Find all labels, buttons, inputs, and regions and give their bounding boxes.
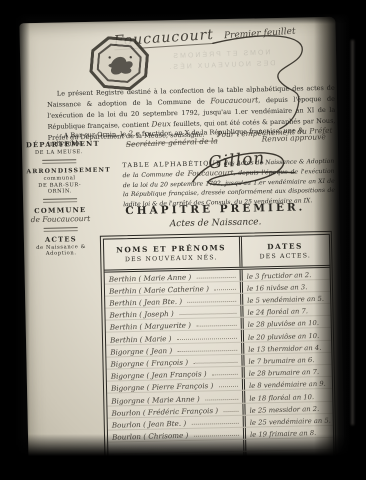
book-edge-streak xyxy=(351,40,354,425)
folio-count-handwritten: Deux xyxy=(151,119,171,128)
entry-date: le 7 brumaire an 6. xyxy=(244,356,314,366)
dotted-leader xyxy=(197,277,236,279)
actes-heading: ACTES de Naissance & Adoption. xyxy=(28,235,94,257)
dotted-leader xyxy=(192,423,239,425)
paper-sheet: Foucaucourt Premier feuillet NOMS ET PRÉ… xyxy=(19,17,344,470)
dateline-text: A Bar-sur-Ornin, le xyxy=(64,130,127,139)
commune-handwritten: Foucaucourt xyxy=(210,95,258,105)
dotted-leader xyxy=(214,289,235,290)
entry-name: Berthin ( Jean Bte. ) xyxy=(105,297,182,308)
entry-date: le 25 messidor an 2. xyxy=(245,405,319,415)
stamp-emblem-icon xyxy=(100,47,138,80)
entry-name: Bigorgne ( Marie Anne ) xyxy=(107,394,200,405)
notice-lead: TABLE ALPHABÉTIQUE xyxy=(122,160,222,169)
scanned-register-page: Foucaucourt Premier feuillet NOMS ET PRÉ… xyxy=(0,0,366,480)
register-table: NOMS ET PRÉNOMS DES NOUVEAUX NÉS. DATES … xyxy=(100,231,337,464)
departement-value: DE LA MEUSE. xyxy=(26,149,92,156)
entry-name: Berthin ( Marguerite ) xyxy=(105,321,191,332)
dates-column-header: DATES DES ACTES. xyxy=(238,234,329,266)
folio-note-handwritten: Premier feuillet xyxy=(224,27,296,42)
dates-header-line1: DATES xyxy=(241,240,328,251)
dotted-leader xyxy=(179,313,236,315)
entry-name: Bourlon ( Jean Bte. ) xyxy=(107,419,186,430)
date-cell: le 28 brumaire an 7. xyxy=(241,365,331,378)
date-cell: le 13 thermidor an 4. xyxy=(241,341,331,354)
dotted-leader xyxy=(205,398,237,400)
actes-label: ACTES xyxy=(28,235,94,244)
dotted-leader xyxy=(178,350,237,352)
dotted-leader xyxy=(219,386,238,387)
dotted-leader xyxy=(188,301,236,303)
divider xyxy=(43,198,77,203)
date-cell: le 25 messidor an 2. xyxy=(242,401,332,414)
register-header: NOMS ET PRÉNOMS DES NOUVEAUX NÉS. DATES … xyxy=(103,234,329,272)
entry-name: Berthin ( Joseph ) xyxy=(105,309,173,320)
entry-date: le 3 fructidor an 2. xyxy=(242,271,311,281)
dotted-leader xyxy=(197,325,237,327)
date-cell: le 20 pluviôse an 10. xyxy=(240,328,330,341)
date-cell: le 3 fructidor an 2. xyxy=(239,267,329,280)
register-table-inner: NOMS ET PRÉNOMS DES NOUVEAUX NÉS. DATES … xyxy=(102,233,334,461)
date-handwritten: 2.e xyxy=(128,129,140,138)
date-cell xyxy=(243,438,333,451)
divider xyxy=(44,227,78,232)
names-header-line1: NOMS ET PRÉNOMS xyxy=(104,242,239,254)
date-cell xyxy=(243,450,333,464)
arrondissement-value: DE BAR-SUR-ORNIN. xyxy=(27,182,93,195)
date-cell: le 25 vendémiaire an 5. xyxy=(242,414,332,427)
date-cell: le 28 pluviôse an 10. xyxy=(240,316,330,329)
entry-name: Bigorgne ( Jean ) xyxy=(106,346,172,357)
dates-header-line2: DES ACTES. xyxy=(242,251,329,260)
commune-heading: COMMUNE de Foucaucourt xyxy=(27,206,93,224)
entry-name: Berthin ( Marie Anne ) xyxy=(104,272,191,283)
entry-date: le 28 brumaire an 7. xyxy=(244,368,319,378)
entry-name: Bourlon ( Chrisome ) xyxy=(107,431,188,442)
name-cell xyxy=(108,452,243,467)
date-cell: le 19 frimaire an 8. xyxy=(242,426,332,439)
date-cell: le 7 brumaire an 6. xyxy=(241,353,331,366)
departement-label: DÉPARTEMENT xyxy=(26,140,92,149)
dotted-leader xyxy=(194,362,237,364)
dotted-leader xyxy=(177,338,236,340)
entry-name: Berthin ( Marie ) xyxy=(105,334,171,345)
date-cell: le 16 nivôse an 3. xyxy=(239,280,329,293)
actes-value: de Naissance & Adoption. xyxy=(28,244,94,257)
divider xyxy=(42,159,76,164)
dotted-leader xyxy=(224,411,238,412)
entry-date: le 16 nivôse an 3. xyxy=(242,283,307,293)
names-column-header: NOMS ET PRÉNOMS DES NOUVEAUX NÉS. xyxy=(103,236,239,269)
date-cell: le 24 floréal an 7. xyxy=(240,304,330,317)
date-cell: le 5 vendémiaire an 5. xyxy=(240,292,330,305)
register-body: Berthin ( Marie Anne )le 3 fructidor an … xyxy=(104,267,333,467)
commune-value-handwritten: de Foucaucourt xyxy=(27,214,93,224)
entry-date: le 20 pluviôse an 10. xyxy=(243,332,318,342)
entry-date: le 19 frimaire an 8. xyxy=(245,429,315,439)
entry-date: le 24 floréal an 7. xyxy=(243,307,308,317)
arrondissement-heading: ARRONDISSEMENT communal DE BAR-SUR-ORNIN… xyxy=(26,167,93,195)
entry-date: le 28 pluviôse an 10. xyxy=(243,319,318,329)
dotted-leader xyxy=(212,374,237,376)
entry-date: le 13 thermidor an 4. xyxy=(244,344,321,354)
notice-commune-handwritten: de Foucaucourt xyxy=(175,168,233,178)
date-cell: le 18 floréal an 10. xyxy=(242,389,332,402)
chapter-subtitle: Actes de Naissance. xyxy=(94,216,338,231)
date-cell: le 8 vendémiaire an 9. xyxy=(241,377,331,390)
margin-headings: DÉPARTEMENT DE LA MEUSE. ARRONDISSEMENT … xyxy=(26,140,94,260)
entry-name: Bigorgne ( François ) xyxy=(106,358,188,369)
arrondissement-label: ARRONDISSEMENT xyxy=(26,167,92,175)
names-header-line2: DES NOUVEAUX NÉS. xyxy=(104,253,239,263)
bleed-through-text: NOMS ET PRÉNOMS DES NOUVEAUX NÉS. xyxy=(136,46,307,75)
entry-date: le 18 floréal an 10. xyxy=(245,393,314,403)
departement-heading: DÉPARTEMENT DE LA MEUSE. xyxy=(26,140,92,156)
dotted-leader xyxy=(194,435,239,437)
